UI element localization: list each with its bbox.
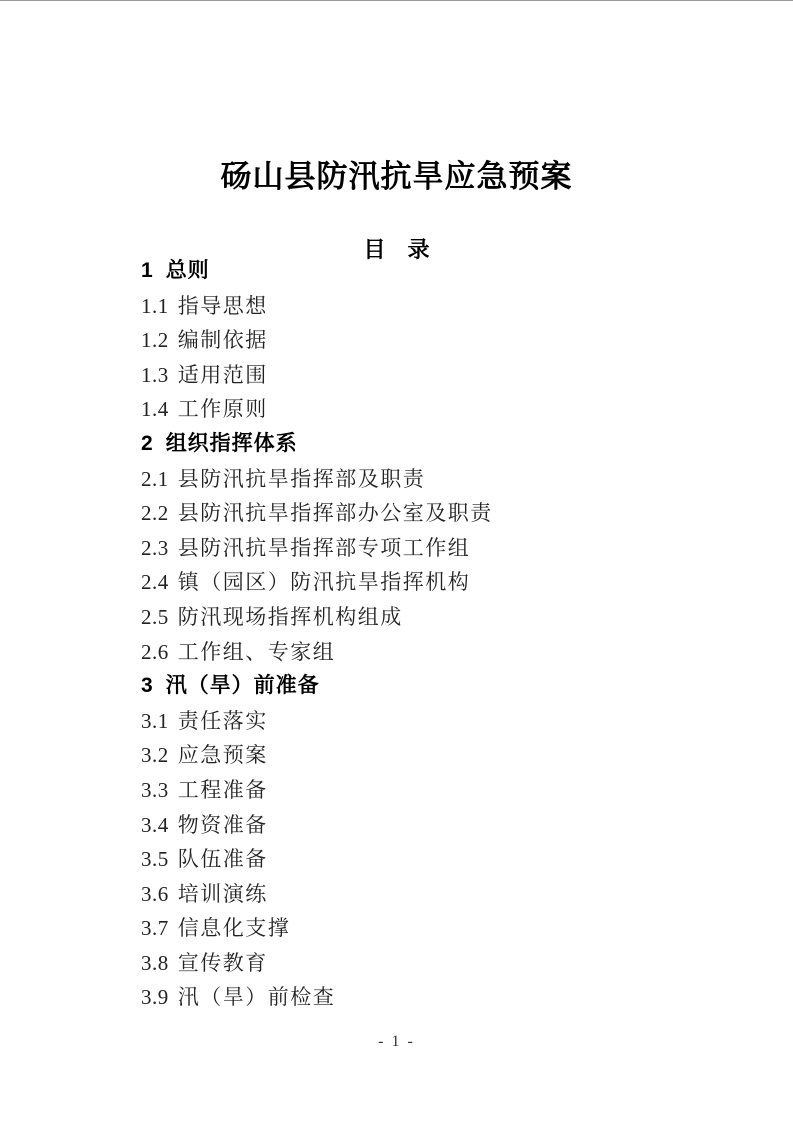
- toc-entry-label: 信息化支撑: [178, 916, 291, 940]
- table-of-contents: 1总则 1.1指导思想 1.2编制依据 1.3适用范围 1.4工作原则 2组织指…: [141, 254, 753, 1015]
- toc-entry-number: 3.3: [141, 773, 169, 808]
- toc-item-2-6: 2.6工作组、专家组: [141, 635, 753, 670]
- toc-item-1-2: 1.2编制依据: [141, 323, 753, 358]
- toc-item-3-6: 3.6培训演练: [141, 877, 753, 912]
- page-number: - 1 -: [0, 1032, 793, 1052]
- toc-entry-label: 汛（旱）前检查: [178, 985, 336, 1009]
- toc-entry-label: 组织指挥体系: [166, 432, 298, 455]
- toc-entry-number: 3.4: [141, 808, 169, 843]
- toc-entry-number: 1.3: [141, 358, 169, 393]
- toc-entry-number: 2.6: [141, 635, 169, 670]
- toc-entry-label: 工作组、专家组: [178, 640, 336, 664]
- toc-section-2: 2组织指挥体系: [141, 427, 753, 462]
- toc-entry-number: 2.3: [141, 531, 169, 566]
- toc-entry-label: 编制依据: [178, 328, 268, 352]
- toc-entry-number: 3.7: [141, 911, 169, 946]
- toc-entry-label: 防汛现场指挥机构组成: [178, 605, 403, 629]
- toc-entry-number: 2.4: [141, 565, 169, 600]
- toc-entry-label: 宣传教育: [178, 951, 268, 975]
- toc-item-2-1: 2.1县防汛抗旱指挥部及职责: [141, 462, 753, 497]
- toc-entry-number: 2.2: [141, 496, 169, 531]
- toc-entry-label: 责任落实: [178, 709, 268, 733]
- toc-entry-number: 3.8: [141, 946, 169, 981]
- toc-entry-number: 3.1: [141, 704, 169, 739]
- toc-entry-label: 镇（园区）防汛抗旱指挥机构: [178, 570, 471, 594]
- toc-item-3-1: 3.1责任落实: [141, 704, 753, 739]
- toc-entry-number: 3.2: [141, 738, 169, 773]
- toc-item-3-5: 3.5队伍准备: [141, 842, 753, 877]
- toc-entry-number: 2.1: [141, 462, 169, 497]
- toc-entry-number: 1.2: [141, 323, 169, 358]
- toc-item-1-3: 1.3适用范围: [141, 358, 753, 393]
- toc-entry-label: 总则: [166, 259, 210, 282]
- toc-entry-number: 2: [141, 427, 153, 462]
- toc-item-3-8: 3.8宣传教育: [141, 946, 753, 981]
- toc-entry-label: 工作原则: [178, 397, 268, 421]
- toc-entry-label: 指导思想: [178, 294, 268, 318]
- toc-entry-number: 3.9: [141, 980, 169, 1015]
- toc-item-1-4: 1.4工作原则: [141, 392, 753, 427]
- toc-entry-label: 队伍准备: [178, 847, 268, 871]
- toc-entry-label: 培训演练: [178, 882, 268, 906]
- toc-entry-label: 县防汛抗旱指挥部及职责: [178, 467, 426, 491]
- toc-item-3-3: 3.3工程准备: [141, 773, 753, 808]
- toc-entry-label: 县防汛抗旱指挥部办公室及职责: [178, 501, 493, 525]
- toc-entry-number: 2.5: [141, 600, 169, 635]
- toc-section-3: 3汛（旱）前准备: [141, 669, 753, 704]
- toc-entry-label: 应急预案: [178, 743, 268, 767]
- toc-item-3-2: 3.2应急预案: [141, 738, 753, 773]
- toc-item-3-7: 3.7信息化支撑: [141, 911, 753, 946]
- toc-entry-number: 3: [141, 669, 153, 704]
- toc-entry-number: 1.4: [141, 392, 169, 427]
- toc-entry-label: 汛（旱）前准备: [166, 674, 320, 697]
- toc-entry-number: 1.1: [141, 289, 169, 324]
- toc-entry-label: 适用范围: [178, 363, 268, 387]
- toc-item-2-4: 2.4镇（园区）防汛抗旱指挥机构: [141, 565, 753, 600]
- toc-item-2-3: 2.3县防汛抗旱指挥部专项工作组: [141, 531, 753, 566]
- toc-entry-label: 工程准备: [178, 778, 268, 802]
- toc-item-3-9: 3.9汛（旱）前检查: [141, 980, 753, 1015]
- toc-item-3-4: 3.4物资准备: [141, 808, 753, 843]
- toc-entry-label: 物资准备: [178, 813, 268, 837]
- toc-section-1: 1总则: [141, 254, 753, 289]
- toc-entry-number: 1: [141, 254, 153, 289]
- toc-entry-number: 3.6: [141, 877, 169, 912]
- toc-entry-label: 县防汛抗旱指挥部专项工作组: [178, 536, 471, 560]
- toc-item-2-5: 2.5防汛现场指挥机构组成: [141, 600, 753, 635]
- toc-entry-number: 3.5: [141, 842, 169, 877]
- toc-item-2-2: 2.2县防汛抗旱指挥部办公室及职责: [141, 496, 753, 531]
- page-top-edge: [0, 0, 793, 1]
- toc-item-1-1: 1.1指导思想: [141, 289, 753, 324]
- document-title: 砀山县防汛抗旱应急预案: [0, 158, 793, 195]
